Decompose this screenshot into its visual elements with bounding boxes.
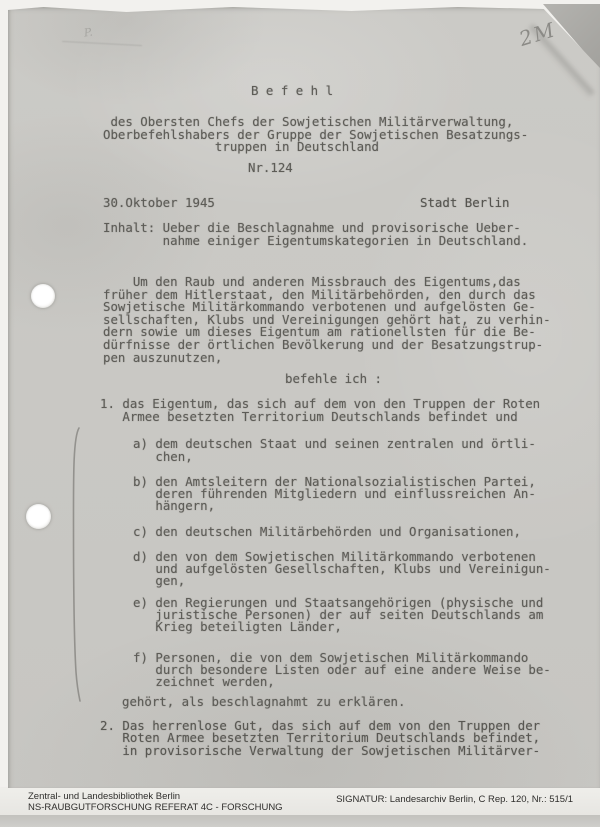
order-number: Nr.124 [248, 162, 293, 175]
item-1b: b) den Amtsleitern der Nationalsozialist… [133, 476, 536, 513]
preamble-paragraph: Um den Raub und anderen Missbrauch des E… [103, 276, 551, 364]
decree-phrase: befehle ich : [285, 373, 382, 386]
item-1-closing-line: gehört, als beschlagnahmt zu erklären. [122, 696, 405, 709]
item-2-head: 2. Das herrenlose Gut, das sich auf dem … [100, 720, 540, 757]
item-1e: e) den Regierungen und Staatsangehörigen… [133, 597, 543, 634]
item-1d: d) den von dem Sowjetischen Militärkomma… [133, 551, 551, 588]
subject-lines: Inhalt: Ueber die Beschlagnahme und prov… [103, 222, 528, 247]
handwritten-p-mark: P. [83, 25, 93, 39]
order-place: Stadt Berlin [420, 197, 510, 210]
order-date: 30.Oktober 1945 [103, 197, 215, 210]
item-1f: f) Personen, die von dem Sowjetischen Mi… [133, 652, 551, 689]
punch-hole-top [31, 284, 55, 308]
item-1-head: 1. das Eigentum, das sich auf dem von de… [100, 398, 540, 423]
order-title: B e f e h l [251, 85, 333, 98]
punch-hole-bottom [26, 504, 51, 529]
issuer-lines: des Obersten Chefs der Sowjetischen Mili… [103, 116, 528, 154]
scan-bottom-strip [0, 815, 600, 827]
library-attribution: Zentral- und Landesbibliothek Berlin NS-… [28, 792, 283, 813]
item-1c: c) den deutschen Militärbehörden und Org… [133, 526, 521, 539]
archive-signature: SIGNATUR: Landesarchiv Berlin, C Rep. 12… [336, 794, 573, 805]
item-1a: a) dem deutschen Staat und seinen zentra… [133, 438, 536, 463]
